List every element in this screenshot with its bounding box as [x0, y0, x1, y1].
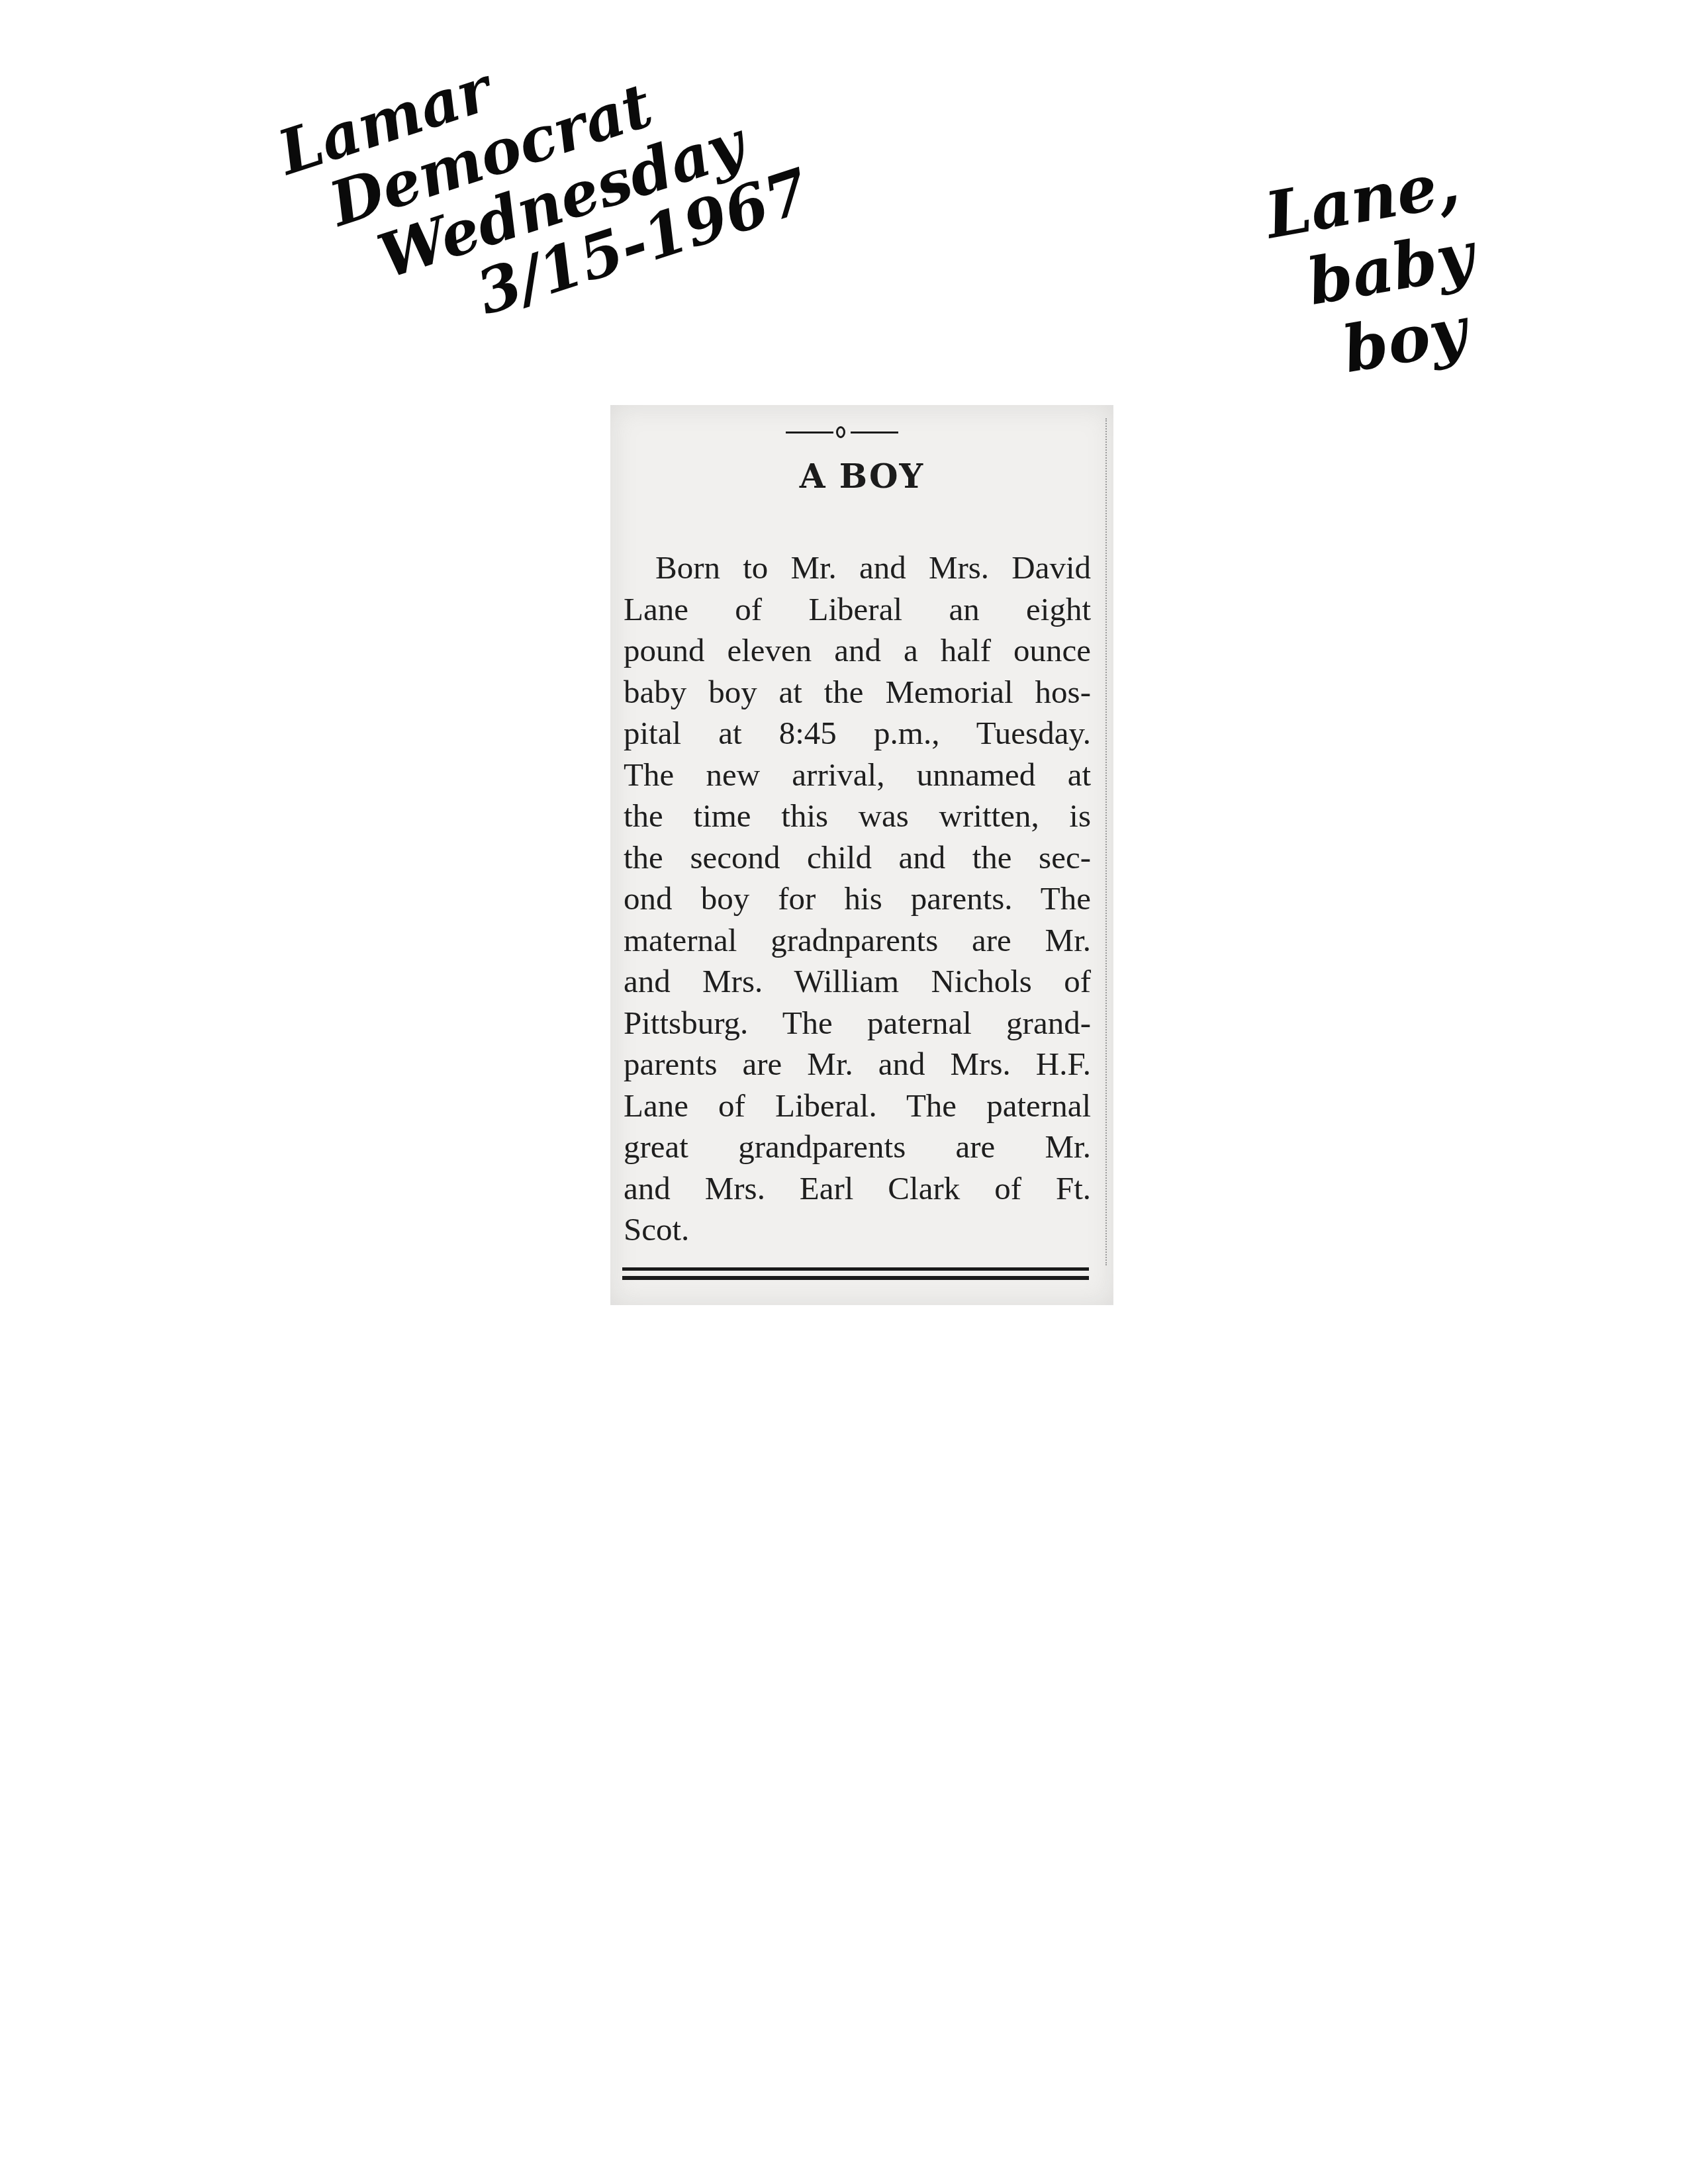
article-headline: A BOY: [610, 457, 1113, 496]
article-line: Lane of Liberal an eight: [624, 589, 1091, 631]
article-line: and Mrs. Earl Clark of Ft.: [624, 1168, 1091, 1210]
article-line: the time this was written, is: [624, 796, 1091, 837]
article-line: Scot.: [624, 1209, 1091, 1251]
article-body: Born to Mr. and Mrs. David Lane of Liber…: [624, 547, 1091, 1251]
article-line: pital at 8:45 p.m., Tuesday.: [624, 713, 1091, 754]
article-line: the second child and the sec-: [624, 837, 1091, 879]
end-rule-top: [622, 1267, 1089, 1271]
article-line: great grandparents are Mr.: [624, 1126, 1091, 1168]
article-line: Lane of Liberal. The paternal: [624, 1085, 1091, 1127]
handwritten-subject-note: Lane, baby boy: [1261, 151, 1493, 400]
article-line: Born to Mr. and Mrs. David: [624, 547, 1091, 589]
article-line: baby boy at the Memorial hos-: [624, 672, 1091, 713]
divider-ornament-icon: [786, 425, 898, 439]
ornament-ring: [836, 426, 845, 438]
article-line: maternal gradnparents are Mr.: [624, 920, 1091, 962]
ornament-bar-left: [786, 432, 833, 433]
article-line: ond boy for his parents. The: [624, 878, 1091, 920]
end-rule-bottom: [622, 1276, 1089, 1280]
article-line: pound eleven and a half ounce: [624, 630, 1091, 672]
newspaper-clipping: A BOY Born to Mr. and Mrs. David Lane of…: [610, 405, 1113, 1305]
ornament-bar-right: [851, 432, 898, 433]
article-line: Pittsburg. The paternal grand-: [624, 1003, 1091, 1044]
article-line: and Mrs. William Nichols of: [624, 961, 1091, 1003]
article-line: parents are Mr. and Mrs. H.F.: [624, 1044, 1091, 1085]
article-line: The new arrival, unnamed at: [624, 754, 1091, 796]
handwritten-source-note: Lamar Democrat Wednesday 3/15-1967: [271, 0, 818, 373]
